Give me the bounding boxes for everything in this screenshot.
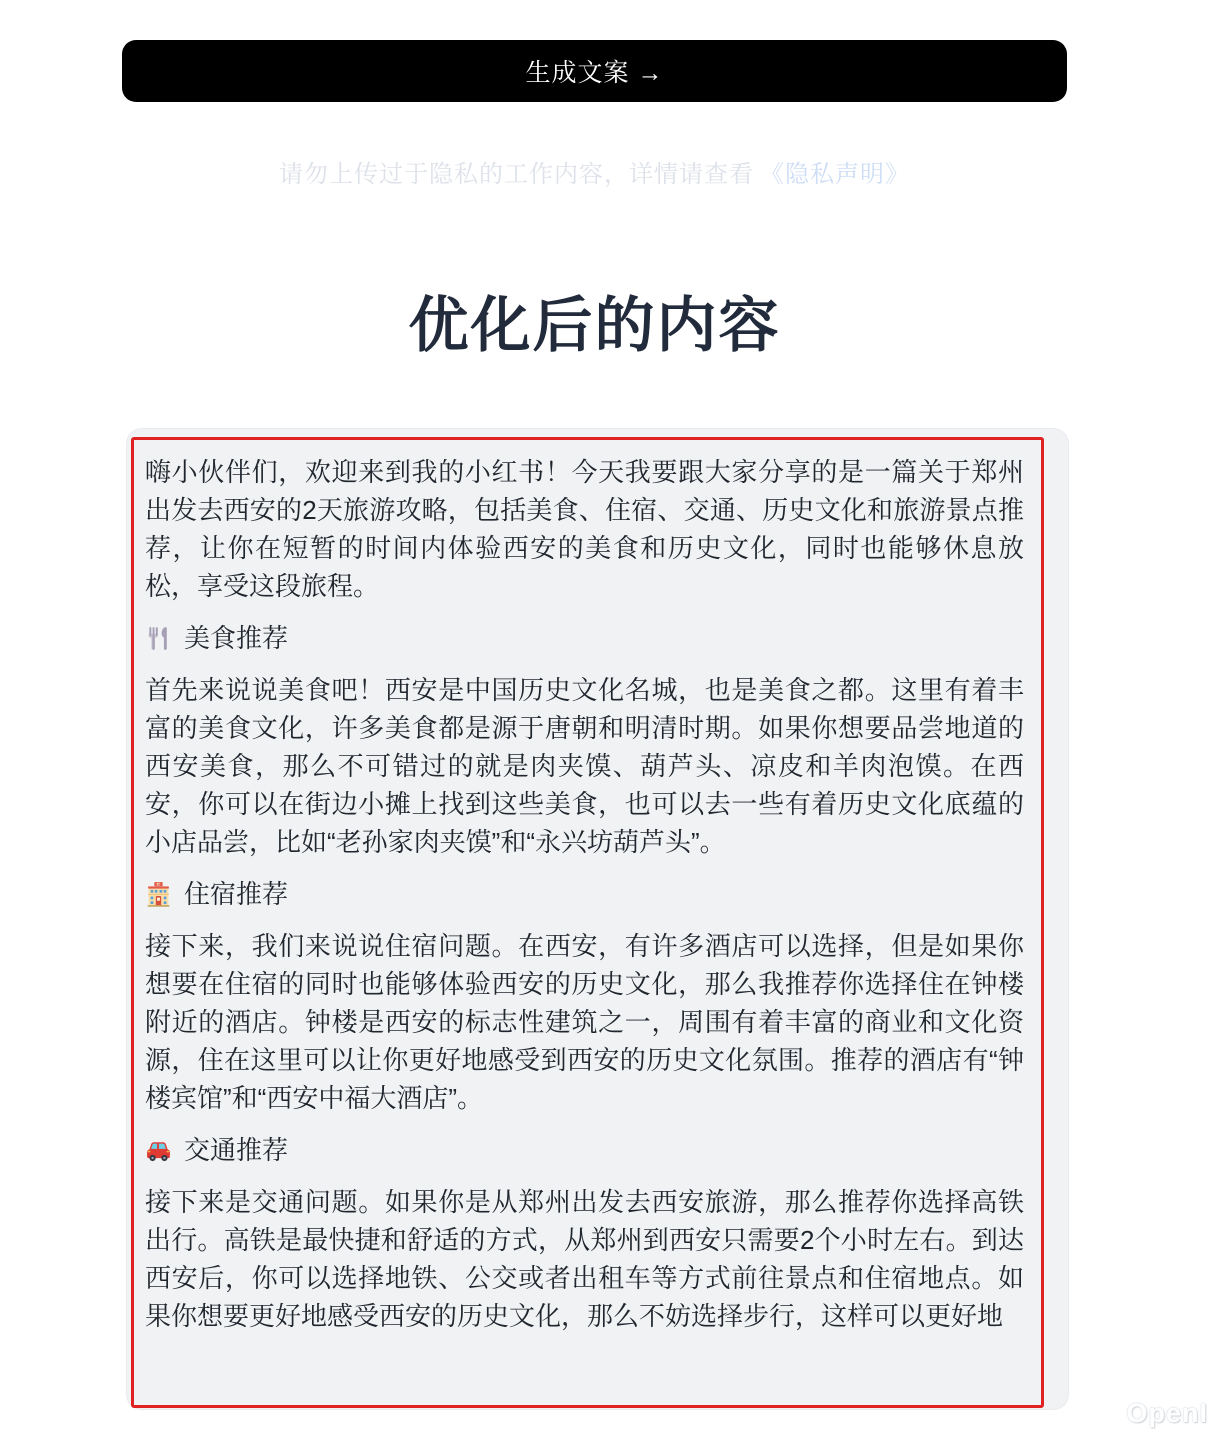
section-heading-hotel: 住宿推荐: [145, 875, 1024, 913]
privacy-note-text: 请勿上传过于隐私的工作内容，详情请查看: [279, 161, 754, 188]
privacy-policy-link[interactable]: 《隐私声明》: [760, 161, 910, 188]
main-column: 生成文案 → 请勿上传过于隐私的工作内容，详情请查看《隐私声明》 优化后的内容 …: [122, 0, 1067, 1410]
page-title: 优化后的内容: [122, 290, 1067, 362]
generate-copy-button[interactable]: 生成文案 →: [122, 40, 1067, 102]
transport-paragraph: 接下来是交通问题。如果你是从郑州出发去西安旅游，那么推荐你选择高铁出行。高铁是最…: [145, 1183, 1024, 1335]
section-heading-food: 美食推荐: [145, 619, 1024, 657]
food-paragraph: 首先来说说美食吧！西安是中国历史文化名城，也是美食之都。这里有着丰富的美食文化，…: [145, 671, 1024, 861]
optimized-content-card: 嗨小伙伴们，欢迎来到我的小红书！今天我要跟大家分享的是一篇关于郑州出发去西安的2…: [126, 428, 1069, 1410]
section-heading-transport: 交通推荐: [145, 1131, 1024, 1169]
openi-watermark: OpenI: [1126, 1398, 1208, 1429]
section-heading-label: 美食推荐: [184, 619, 288, 657]
hotel-icon: [145, 881, 172, 908]
privacy-note: 请勿上传过于隐私的工作内容，详情请查看《隐私声明》: [122, 160, 1067, 190]
section-heading-label: 交通推荐: [184, 1131, 288, 1169]
car-icon: [145, 1137, 172, 1164]
section-heading-label: 住宿推荐: [184, 875, 288, 913]
fork-knife-icon: [145, 625, 172, 652]
hotel-paragraph: 接下来，我们来说说住宿问题。在西安，有许多酒店可以选择，但是如果你想要在住宿的同…: [145, 927, 1024, 1117]
intro-paragraph: 嗨小伙伴们，欢迎来到我的小红书！今天我要跟大家分享的是一篇关于郑州出发去西安的2…: [145, 453, 1024, 605]
